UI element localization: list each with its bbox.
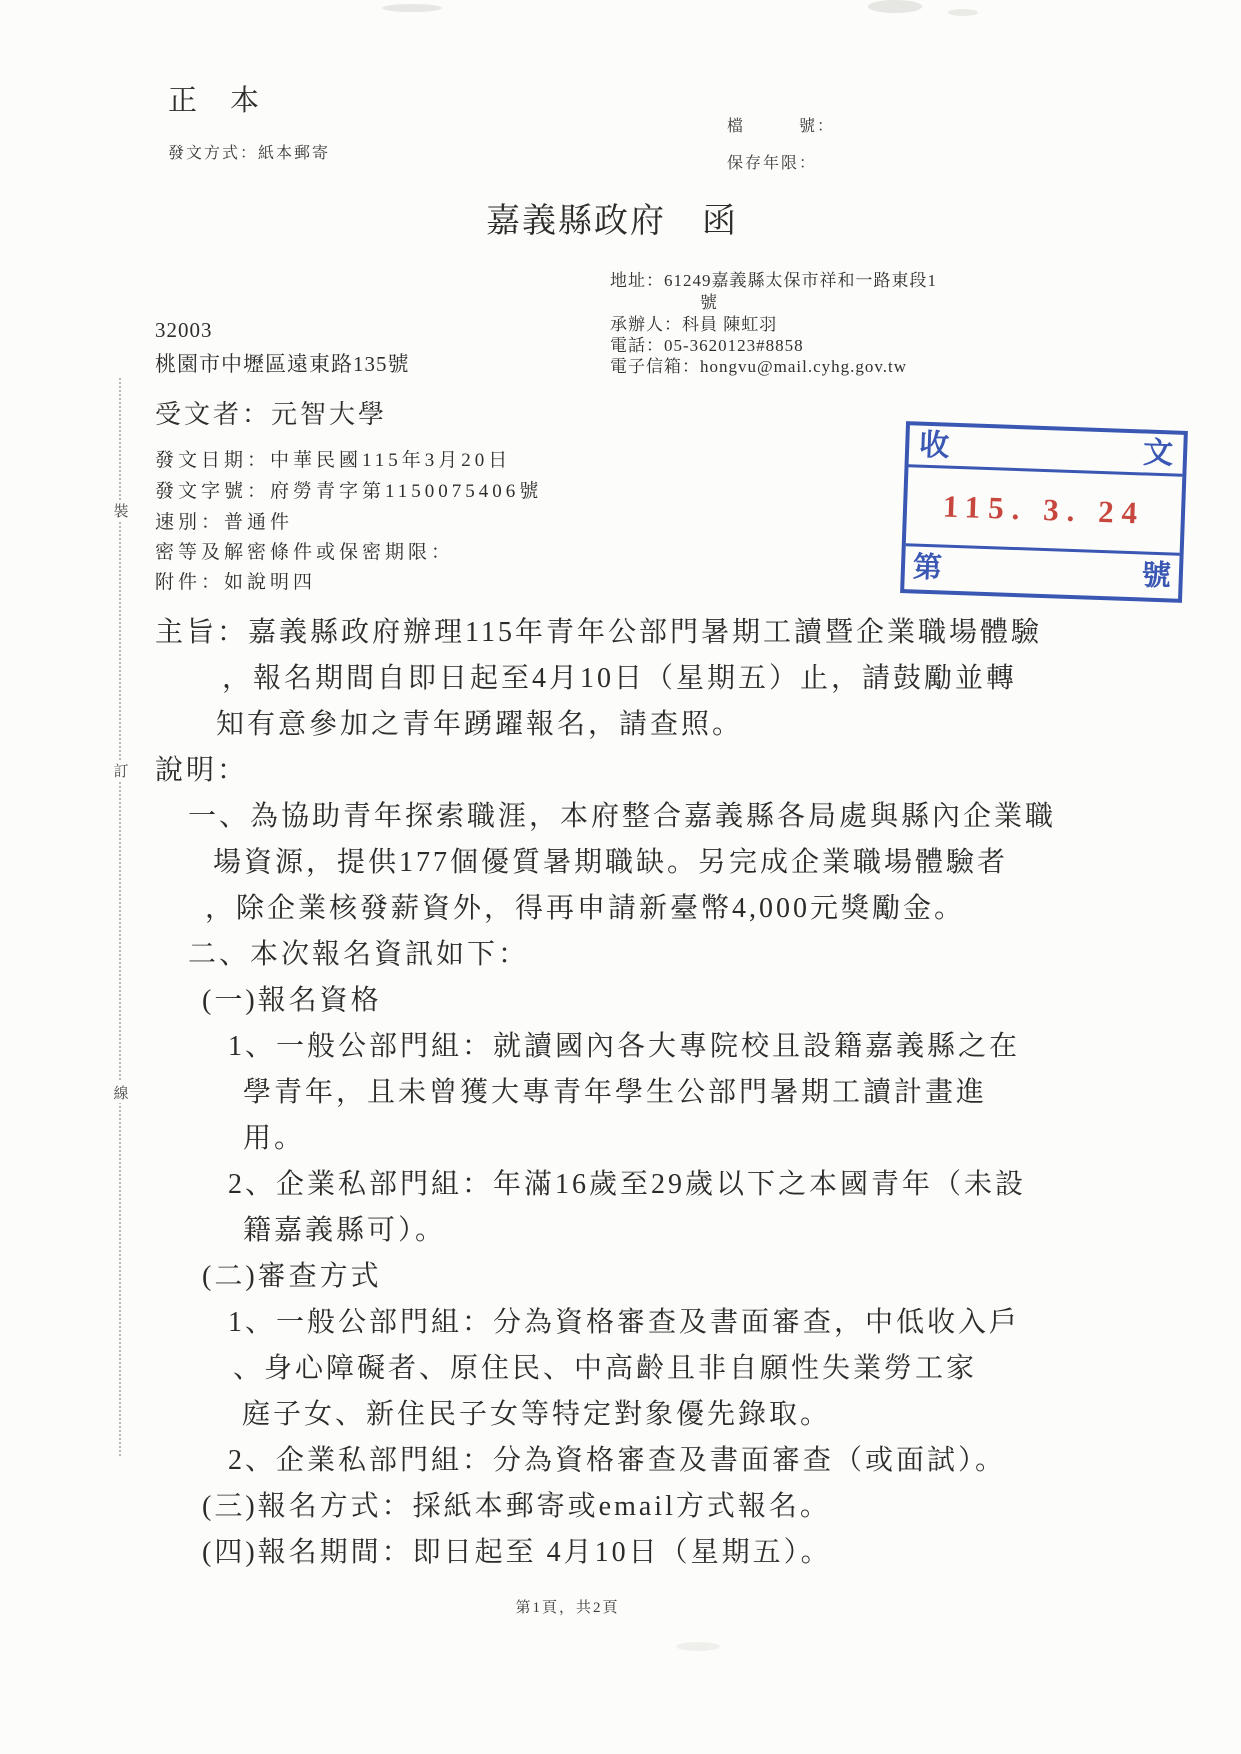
body-line-item-1: 一、為協助青年探索職涯，本府整合嘉義縣各局處與縣內企業職 — [188, 794, 1056, 834]
recipient-addressee: 受文者：元智大學 — [155, 394, 387, 431]
recipient-zip: 32003 — [155, 318, 213, 343]
body-line-item-2: 二、本次報名資訊如下： — [188, 932, 529, 972]
body-line: 籍嘉義縣可）。 — [243, 1208, 446, 1248]
body-line: 1、一般公部門組：就讀國內各大專院校且設籍嘉義縣之在 — [228, 1024, 1020, 1064]
sender-address-line1: 地址：61249嘉義縣太保市祥和一路東段1 — [610, 266, 937, 291]
meta-security: 密等及解密條件或保密期限： — [155, 537, 454, 564]
body-line: 庭子女、新住民子女等特定對象優先錄取。 — [242, 1392, 831, 1432]
body-line: 、身心障礙者、原住民、中高齡且非自願性失業勞工家 — [233, 1346, 977, 1386]
body-line: 學青年，且未曾獲大專青年學生公部門暑期工讀計畫進 — [243, 1070, 987, 1110]
scan-smudge — [382, 4, 442, 12]
body-line: 用。 — [243, 1116, 305, 1156]
file-number-label: 檔 號： — [727, 113, 835, 136]
binding-char-ding: 訂 — [105, 760, 137, 781]
binding-char-zhuang: 裝 — [105, 500, 137, 521]
meta-attachment: 附件：如說明四 — [155, 567, 316, 594]
body-line: 2、企業私部門組：年滿16歲至29歲以下之本國青年（未設 — [228, 1162, 1026, 1202]
body-line-sub-4: (四)報名期間：即日起至 4月10日（星期五）。 — [202, 1530, 832, 1570]
document-title: 嘉義縣政府 函 — [486, 193, 738, 242]
page-footer: 第1頁，共2頁 — [0, 1596, 1135, 1617]
scan-smudge — [948, 9, 978, 16]
copy-type-label: 正 本 — [168, 78, 261, 119]
body-line: ，除企業核發薪資外，得再申請新臺幣4,000元獎勵金。 — [205, 886, 965, 926]
scan-smudge — [868, 0, 922, 13]
stamp-date: 115. 3. 24 — [942, 488, 1145, 531]
binding-dotted-line — [119, 378, 121, 1456]
body-line-subject: 主旨：嘉義縣政府辦理115年青年公部門暑期工讀暨企業職場體驗 — [155, 610, 1042, 650]
body-line-sub-1: (一)報名資格 — [202, 978, 382, 1018]
delivery-method-label: 發文方式：紙本郵寄 — [168, 140, 330, 163]
stamp-receive-char: 收 — [919, 430, 950, 461]
body-line: 場資源，提供177個優質暑期職缺。另完成企業職場體驗者 — [213, 840, 1008, 880]
body-line-sub-3: (三)報名方式：採紙本郵寄或email方式報名。 — [202, 1484, 831, 1524]
binding-char-xian: 線 — [105, 1082, 137, 1103]
body-line: 1、一般公部門組：分為資格審查及書面審查，中低收入戶 — [228, 1300, 1020, 1340]
received-stamp: 收 文 115. 3. 24 第 號 — [900, 421, 1188, 603]
body-line: 2、企業私部門組：分為資格審查及書面審查（或面試）。 — [228, 1438, 1006, 1478]
meta-doc-number: 發文字號：府勞青字第1150075406號 — [155, 476, 542, 503]
body-line-sub-2: (二)審查方式 — [202, 1254, 382, 1294]
stamp-seq-suffix: 號 — [1141, 561, 1171, 591]
meta-issue-date: 發文日期：中華民國115年3月20日 — [155, 445, 511, 472]
document-page: 裝 訂 線 正 本 發文方式：紙本郵寄 檔 號： 保存年限： 嘉義縣政府 函 地… — [0, 0, 1241, 1754]
stamp-seq-row: 第 號 — [904, 543, 1179, 599]
sender-email: 電子信箱：hongvu@mail.cyhg.gov.tw — [610, 352, 907, 377]
stamp-doc-char: 文 — [1143, 438, 1174, 469]
meta-speed: 速別：普通件 — [155, 507, 293, 534]
body-line: ，報名期間自即日起至4月10日（星期五）止，請鼓勵並轉 — [222, 656, 1017, 696]
stamp-date-row: 115. 3. 24 — [906, 467, 1182, 553]
body-line: 知有意參加之青年踴躍報名，請查照。 — [216, 702, 743, 742]
scan-smudge — [676, 1642, 720, 1651]
recipient-street: 桃園市中壢區遠東路135號 — [155, 348, 410, 378]
body-line-explanation: 說明： — [155, 748, 248, 788]
stamp-seq-prefix: 第 — [912, 553, 942, 583]
retention-label: 保存年限： — [727, 150, 817, 173]
